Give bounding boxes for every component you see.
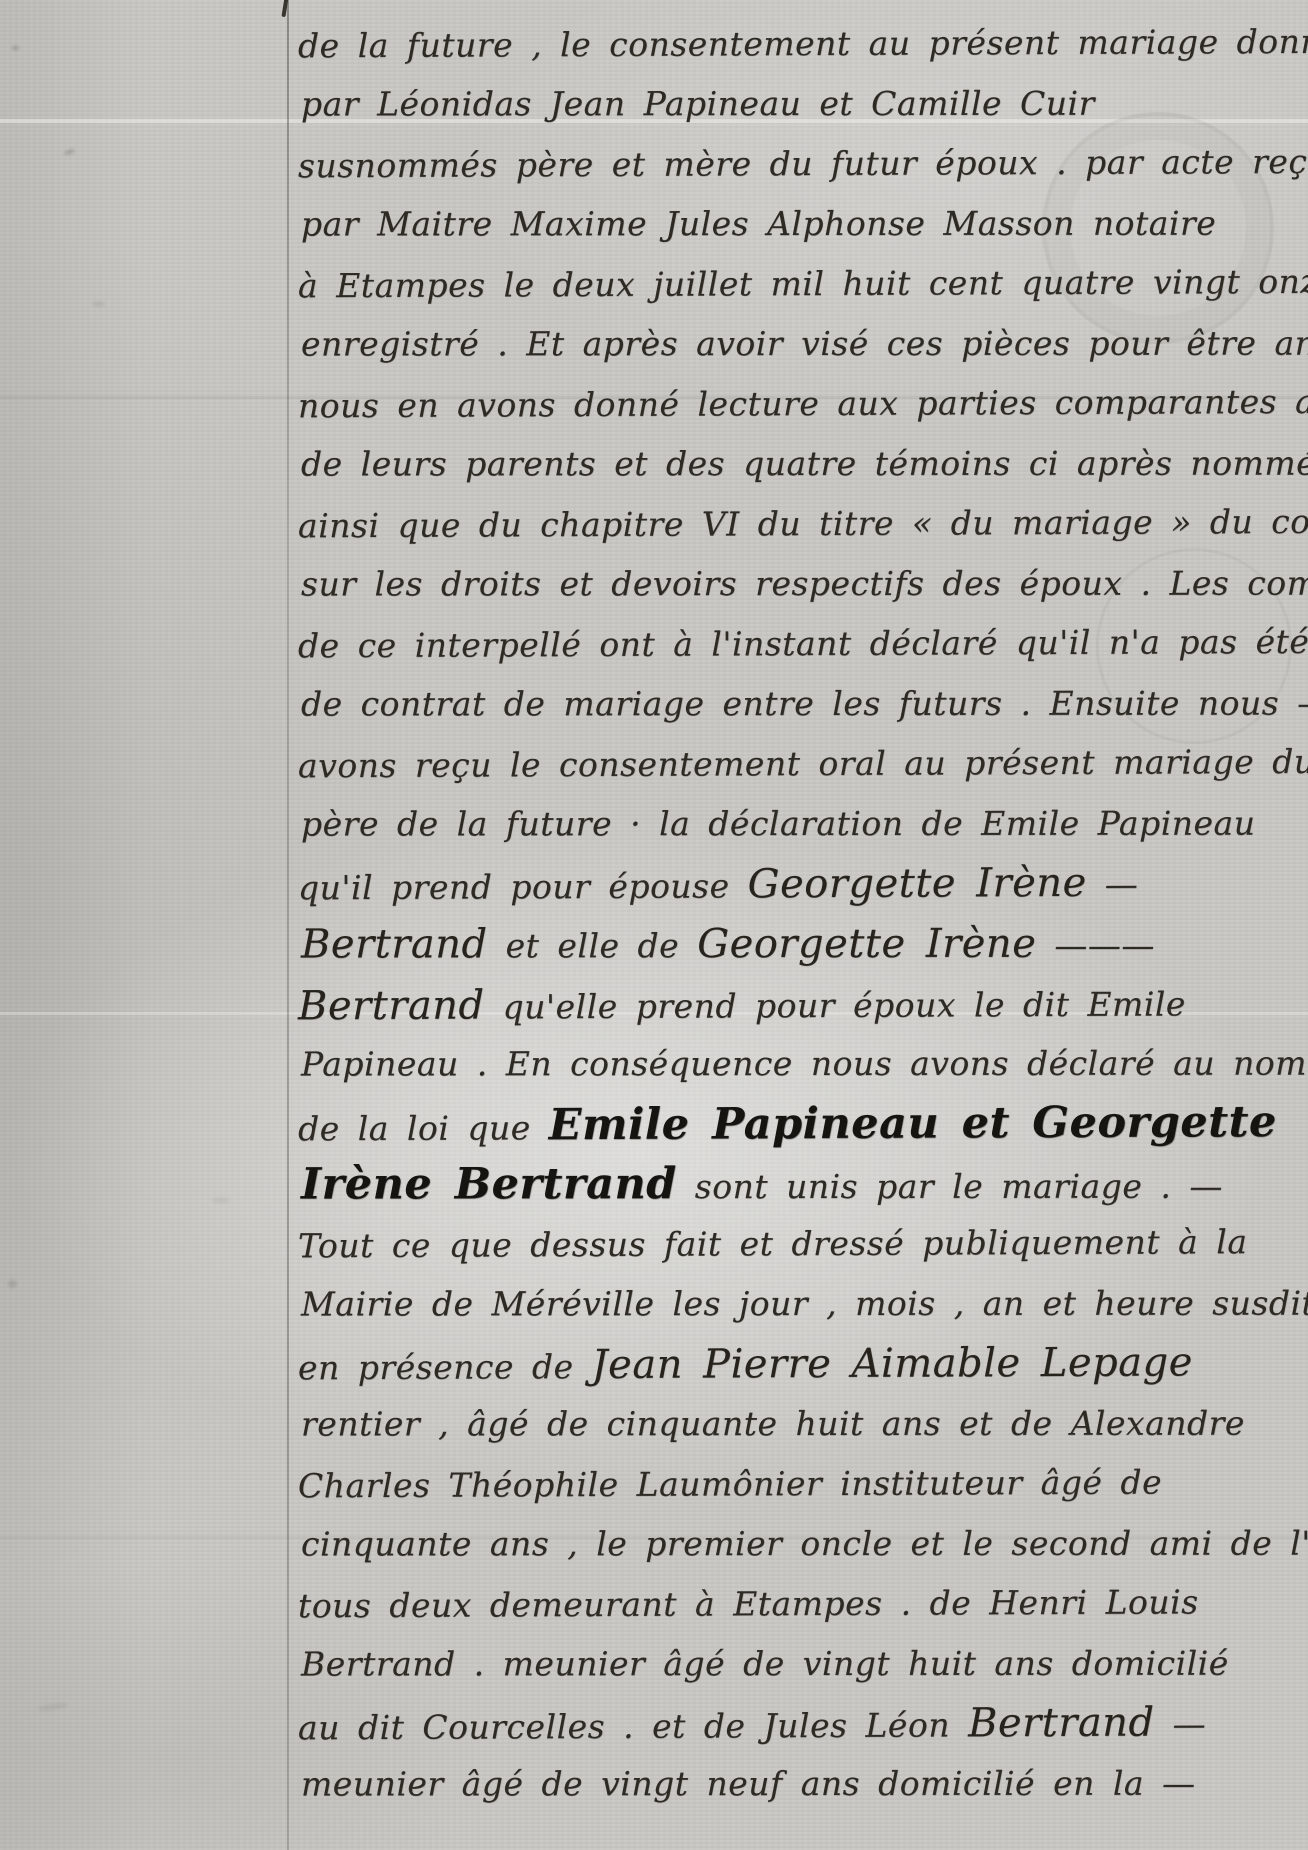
- handwriting-segment: tous deux demeurant à Etampes . de Henri…: [298, 1582, 1199, 1625]
- handwriting-segment: à Etampes le deux juillet mil huit cent …: [298, 262, 1308, 306]
- handwriting-segment: Jean Pierre Aimable Lepage: [591, 1339, 1192, 1388]
- text-line: sur les droits et devoirs respectifs des…: [301, 554, 1308, 615]
- handwriting-segment: avons reçu le consentement oral au prése…: [298, 742, 1308, 785]
- text-line: Mairie de Méréville les jour , mois , an…: [301, 1274, 1308, 1335]
- handwriting-segment: Bertrand: [298, 982, 485, 1029]
- text-line: à Etampes le deux juillet mil huit cent …: [298, 252, 1308, 317]
- handwriting-segment: Tout ce que dessus fait et dressé publiq…: [298, 1222, 1248, 1265]
- handwriting-segment: Mairie de Méréville les jour , mois , an…: [301, 1284, 1308, 1324]
- text-line: tous deux demeurant à Etampes . de Henri…: [298, 1572, 1308, 1637]
- handwriting-segment: Georgette Irène: [747, 860, 1086, 907]
- text-line: père de la future · la déclaration de Em…: [301, 794, 1308, 855]
- text-line: de la loi que Emile Papineau et Georgett…: [298, 1092, 1308, 1157]
- handwriting-segment: Bertrand . meunier âgé de vingt huit ans…: [301, 1644, 1229, 1684]
- text-line: ainsi que du chapitre VI du titre « du m…: [298, 492, 1308, 557]
- handwriting-segment: au dit Courcelles . et de Jules Léon: [298, 1705, 968, 1747]
- margin-rule-line: [287, 0, 289, 1850]
- text-line: Charles Théophile Laumônier instituteur …: [298, 1452, 1308, 1517]
- ink-smudge: [92, 302, 105, 306]
- ink-smudge: [64, 148, 76, 156]
- text-line: qu'il prend pour épouse Georgette Irène …: [298, 852, 1308, 917]
- handwriting-segment: père de la future · la déclaration de Em…: [301, 804, 1256, 844]
- handwriting-segment: ainsi que du chapitre VI du titre « du m…: [298, 501, 1308, 545]
- scanned-document-page: de la future , le consentement au présen…: [0, 0, 1308, 1850]
- emphasized-name-segment: Irène Bertrand: [301, 1159, 677, 1209]
- handwriting-segment: sur les droits et devoirs respectifs des…: [301, 563, 1308, 603]
- text-line: avons reçu le consentement oral au prése…: [298, 732, 1308, 797]
- text-line: Irène Bertrand sont unis par le mariage …: [301, 1154, 1308, 1215]
- handwriting-segment: de la future , le consentement au présen…: [298, 22, 1308, 66]
- text-line: Papineau . En conséquence nous avons déc…: [301, 1034, 1308, 1095]
- handwriting-segment: Bertrand: [968, 1700, 1155, 1747]
- emphasized-name-segment: Emile Papineau et Georgette: [549, 1097, 1277, 1150]
- text-line: enregistré . Et après avoir visé ces piè…: [301, 314, 1308, 375]
- handwriting-segment: de la loi que: [298, 1108, 549, 1148]
- text-line: Tout ce que dessus fait et dressé publiq…: [298, 1212, 1308, 1277]
- handwriting-segment: qu'il prend pour épouse: [298, 866, 748, 907]
- text-line: cinquante ans , le premier oncle et le s…: [301, 1514, 1308, 1575]
- handwriting-segment: sont unis par le mariage . —: [677, 1167, 1223, 1206]
- handwriting-segment: Georgette Irène: [697, 921, 1036, 967]
- handwriting-segment: de contrat de mariage entre les futurs .…: [301, 684, 1308, 724]
- handwriting-segment: par Léonidas Jean Papineau et Camille Cu…: [301, 84, 1095, 124]
- text-line: de ce interpellé ont à l'instant déclaré…: [298, 612, 1308, 677]
- handwriting-segment: Charles Théophile Laumônier instituteur …: [298, 1463, 1162, 1506]
- text-line: au dit Courcelles . et de Jules Léon Ber…: [298, 1692, 1308, 1757]
- handwriting-segment: rentier , âgé de cinquante huit ans et d…: [301, 1404, 1245, 1444]
- handwriting-segment: susnommés père et mère du futur époux . …: [298, 142, 1308, 185]
- text-line: en présence de Jean Pierre Aimable Lepag…: [298, 1332, 1308, 1397]
- handwriting-segment: —: [1087, 865, 1139, 904]
- text-line: Bertrand qu'elle prend pour époux le dit…: [298, 972, 1308, 1037]
- text-line: Bertrand et elle de Georgette Irène ———: [301, 914, 1308, 975]
- handwriting-segment: en présence de: [298, 1347, 592, 1387]
- text-line: meunier âgé de vingt neuf ans domicilié …: [301, 1754, 1308, 1815]
- text-line: par Léonidas Jean Papineau et Camille Cu…: [301, 74, 1308, 135]
- ink-smudge: [8, 1280, 17, 1288]
- handwriting-segment: —: [1155, 1704, 1207, 1743]
- handwriting-segment: qu'elle prend pour époux le dit Emile: [485, 984, 1186, 1026]
- text-line: rentier , âgé de cinquante huit ans et d…: [301, 1394, 1308, 1455]
- handwriting-segment: de leurs parents et des quatre témoins c…: [301, 443, 1308, 483]
- ink-smudge: [212, 1198, 230, 1203]
- handwriting-segment: Papineau . En conséquence nous avons déc…: [301, 1044, 1307, 1084]
- text-line: de leurs parents et des quatre témoins c…: [301, 434, 1308, 495]
- text-line: de la future , le consentement au présen…: [298, 12, 1308, 77]
- text-line: par Maitre Maxime Jules Alphonse Masson …: [301, 194, 1308, 255]
- handwriting-segment: de ce interpellé ont à l'instant déclaré…: [298, 622, 1308, 666]
- text-line: susnommés père et mère du futur époux . …: [298, 132, 1308, 197]
- text-line: nous en avons donné lecture aux parties …: [298, 372, 1308, 437]
- handwriting-segment: Bertrand: [301, 921, 488, 967]
- handwriting-segment: meunier âgé de vingt neuf ans domicilié …: [301, 1764, 1196, 1804]
- text-line: Bertrand . meunier âgé de vingt huit ans…: [301, 1634, 1308, 1695]
- handwriting-segment: cinquante ans , le premier oncle et le s…: [301, 1523, 1308, 1563]
- ink-smudge: [12, 46, 19, 50]
- handwritten-text-block: de la future , le consentement au présen…: [298, 14, 1308, 1814]
- handwriting-segment: enregistré . Et après avoir visé ces piè…: [301, 323, 1308, 363]
- handwriting-segment: nous en avons donné lecture aux parties …: [298, 381, 1308, 425]
- handwriting-segment: et elle de: [488, 926, 698, 965]
- ink-smudge: [38, 1702, 69, 1712]
- handwriting-segment: par Maitre Maxime Jules Alphonse Masson …: [301, 204, 1216, 244]
- text-line: de contrat de mariage entre les futurs .…: [301, 674, 1308, 735]
- handwriting-segment: ———: [1036, 926, 1155, 965]
